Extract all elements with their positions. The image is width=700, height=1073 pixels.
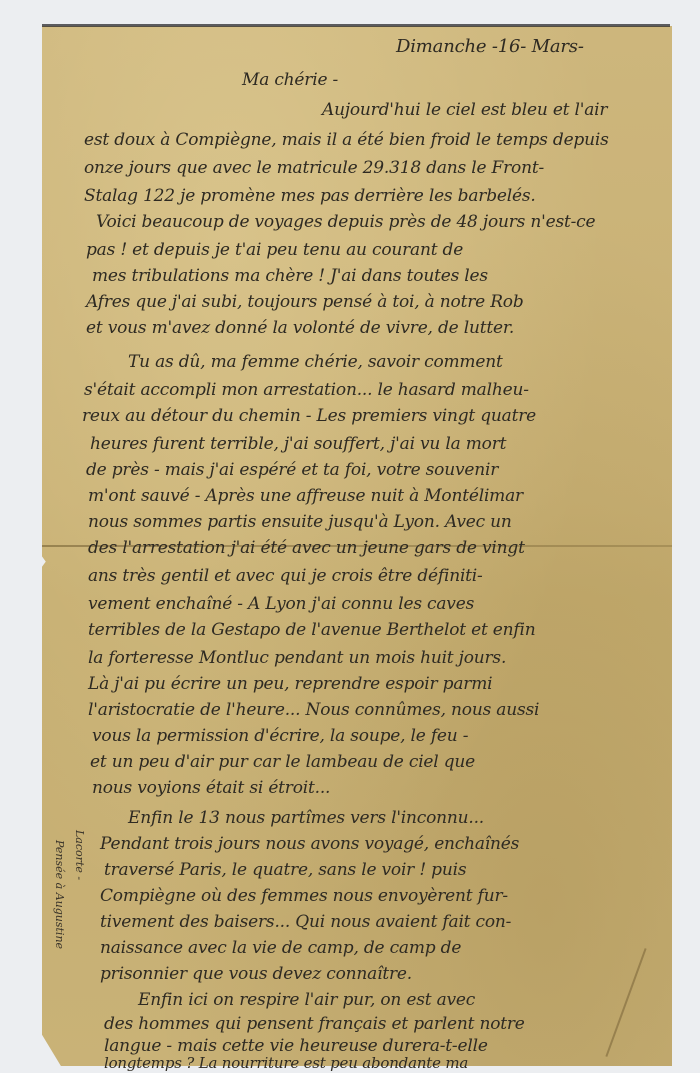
letter-line: vous la permission d'écrire, la soupe, l… (92, 726, 468, 746)
letter-line: nous sommes partis ensuite jusqu'à Lyon.… (88, 512, 512, 532)
letter-line: Voici beaucoup de voyages depuis près de… (96, 212, 595, 232)
letter-line: l'aristocratie de l'heure... Nous connûm… (88, 700, 539, 720)
letter-line: Enfin ici on respire l'air pur, on est a… (138, 990, 475, 1010)
letter-line: Enfin le 13 nous partîmes vers l'inconnu… (128, 808, 484, 828)
letter-line: m'ont sauvé - Après une affreuse nuit à … (88, 486, 523, 506)
letter-line: et un peu d'air pur car le lambeau de ci… (90, 752, 475, 772)
paper-top-edge (42, 24, 670, 27)
letter-line: Pendant trois jours nous avons voyagé, e… (100, 834, 519, 854)
letter-line: Là j'ai pu écrire un peu, reprendre espo… (88, 674, 492, 694)
letter-line: ans très gentil et avec qui je crois êtr… (88, 566, 483, 586)
letter-line: pas ! et depuis je t'ai peu tenu au cour… (86, 240, 463, 260)
letter-line: onze jours que avec le matricule 29.318 … (84, 158, 544, 178)
letter-line: la forteresse Montluc pendant un mois hu… (88, 648, 506, 668)
letter-line: Afres que j'ai subi, toujours pensé à to… (86, 292, 524, 312)
letter-line: de près - mais j'ai espéré et ta foi, vo… (86, 460, 498, 480)
margin-note: Lacorte - (73, 830, 86, 880)
letter-line: heures furent terrible, j'ai souffert, j… (90, 434, 506, 454)
letter-line: des l'arrestation j'ai été avec un jeune… (88, 538, 525, 558)
letter-line: Compiègne où des femmes nous envoyèrent … (100, 886, 508, 906)
letter-line: Stalag 122 je promène mes pas derrière l… (84, 186, 536, 206)
letter-line: est doux à Compiègne, mais il a été bien… (84, 130, 609, 150)
letter-line: et vous m'avez donné la volonté de vivre… (86, 318, 514, 338)
letter-line: des hommes qui pensent français et parle… (104, 1014, 525, 1034)
letter-line: traversé Paris, le quatre, sans le voir … (104, 860, 466, 880)
letter-line: longtemps ? La nourriture est peu abonda… (104, 1054, 468, 1072)
margin-note: Pensée à Augustine (53, 840, 66, 949)
letter-line: prisonnier que vous devez connaître. (100, 964, 412, 984)
letter-line: mes tribulations ma chère ! J'ai dans to… (92, 266, 488, 286)
letter-line: tivement des baisers... Qui nous avaient… (100, 912, 511, 932)
letter-line: s'était accompli mon arrestation... le h… (84, 380, 529, 400)
letter-line: nous voyions était si étroit... (92, 778, 330, 798)
letter-line: vement enchaîné - A Lyon j'ai connu les … (88, 594, 474, 614)
letter-line: Tu as dû, ma femme chérie, savoir commen… (128, 352, 503, 372)
letter-date: Dimanche -16- Mars- (396, 36, 584, 57)
letter-salutation: Ma chérie - (242, 70, 338, 90)
letter-line: terribles de la Gestapo de l'avenue Bert… (88, 620, 536, 640)
letter-line: naissance avec la vie de camp, de camp d… (100, 938, 461, 958)
letter-line: langue - mais cette vie heureuse durera-… (104, 1036, 488, 1056)
letter-line: Aujourd'hui le ciel est bleu et l'air (322, 100, 607, 120)
letter-line: reux au détour du chemin - Les premiers … (82, 406, 536, 426)
